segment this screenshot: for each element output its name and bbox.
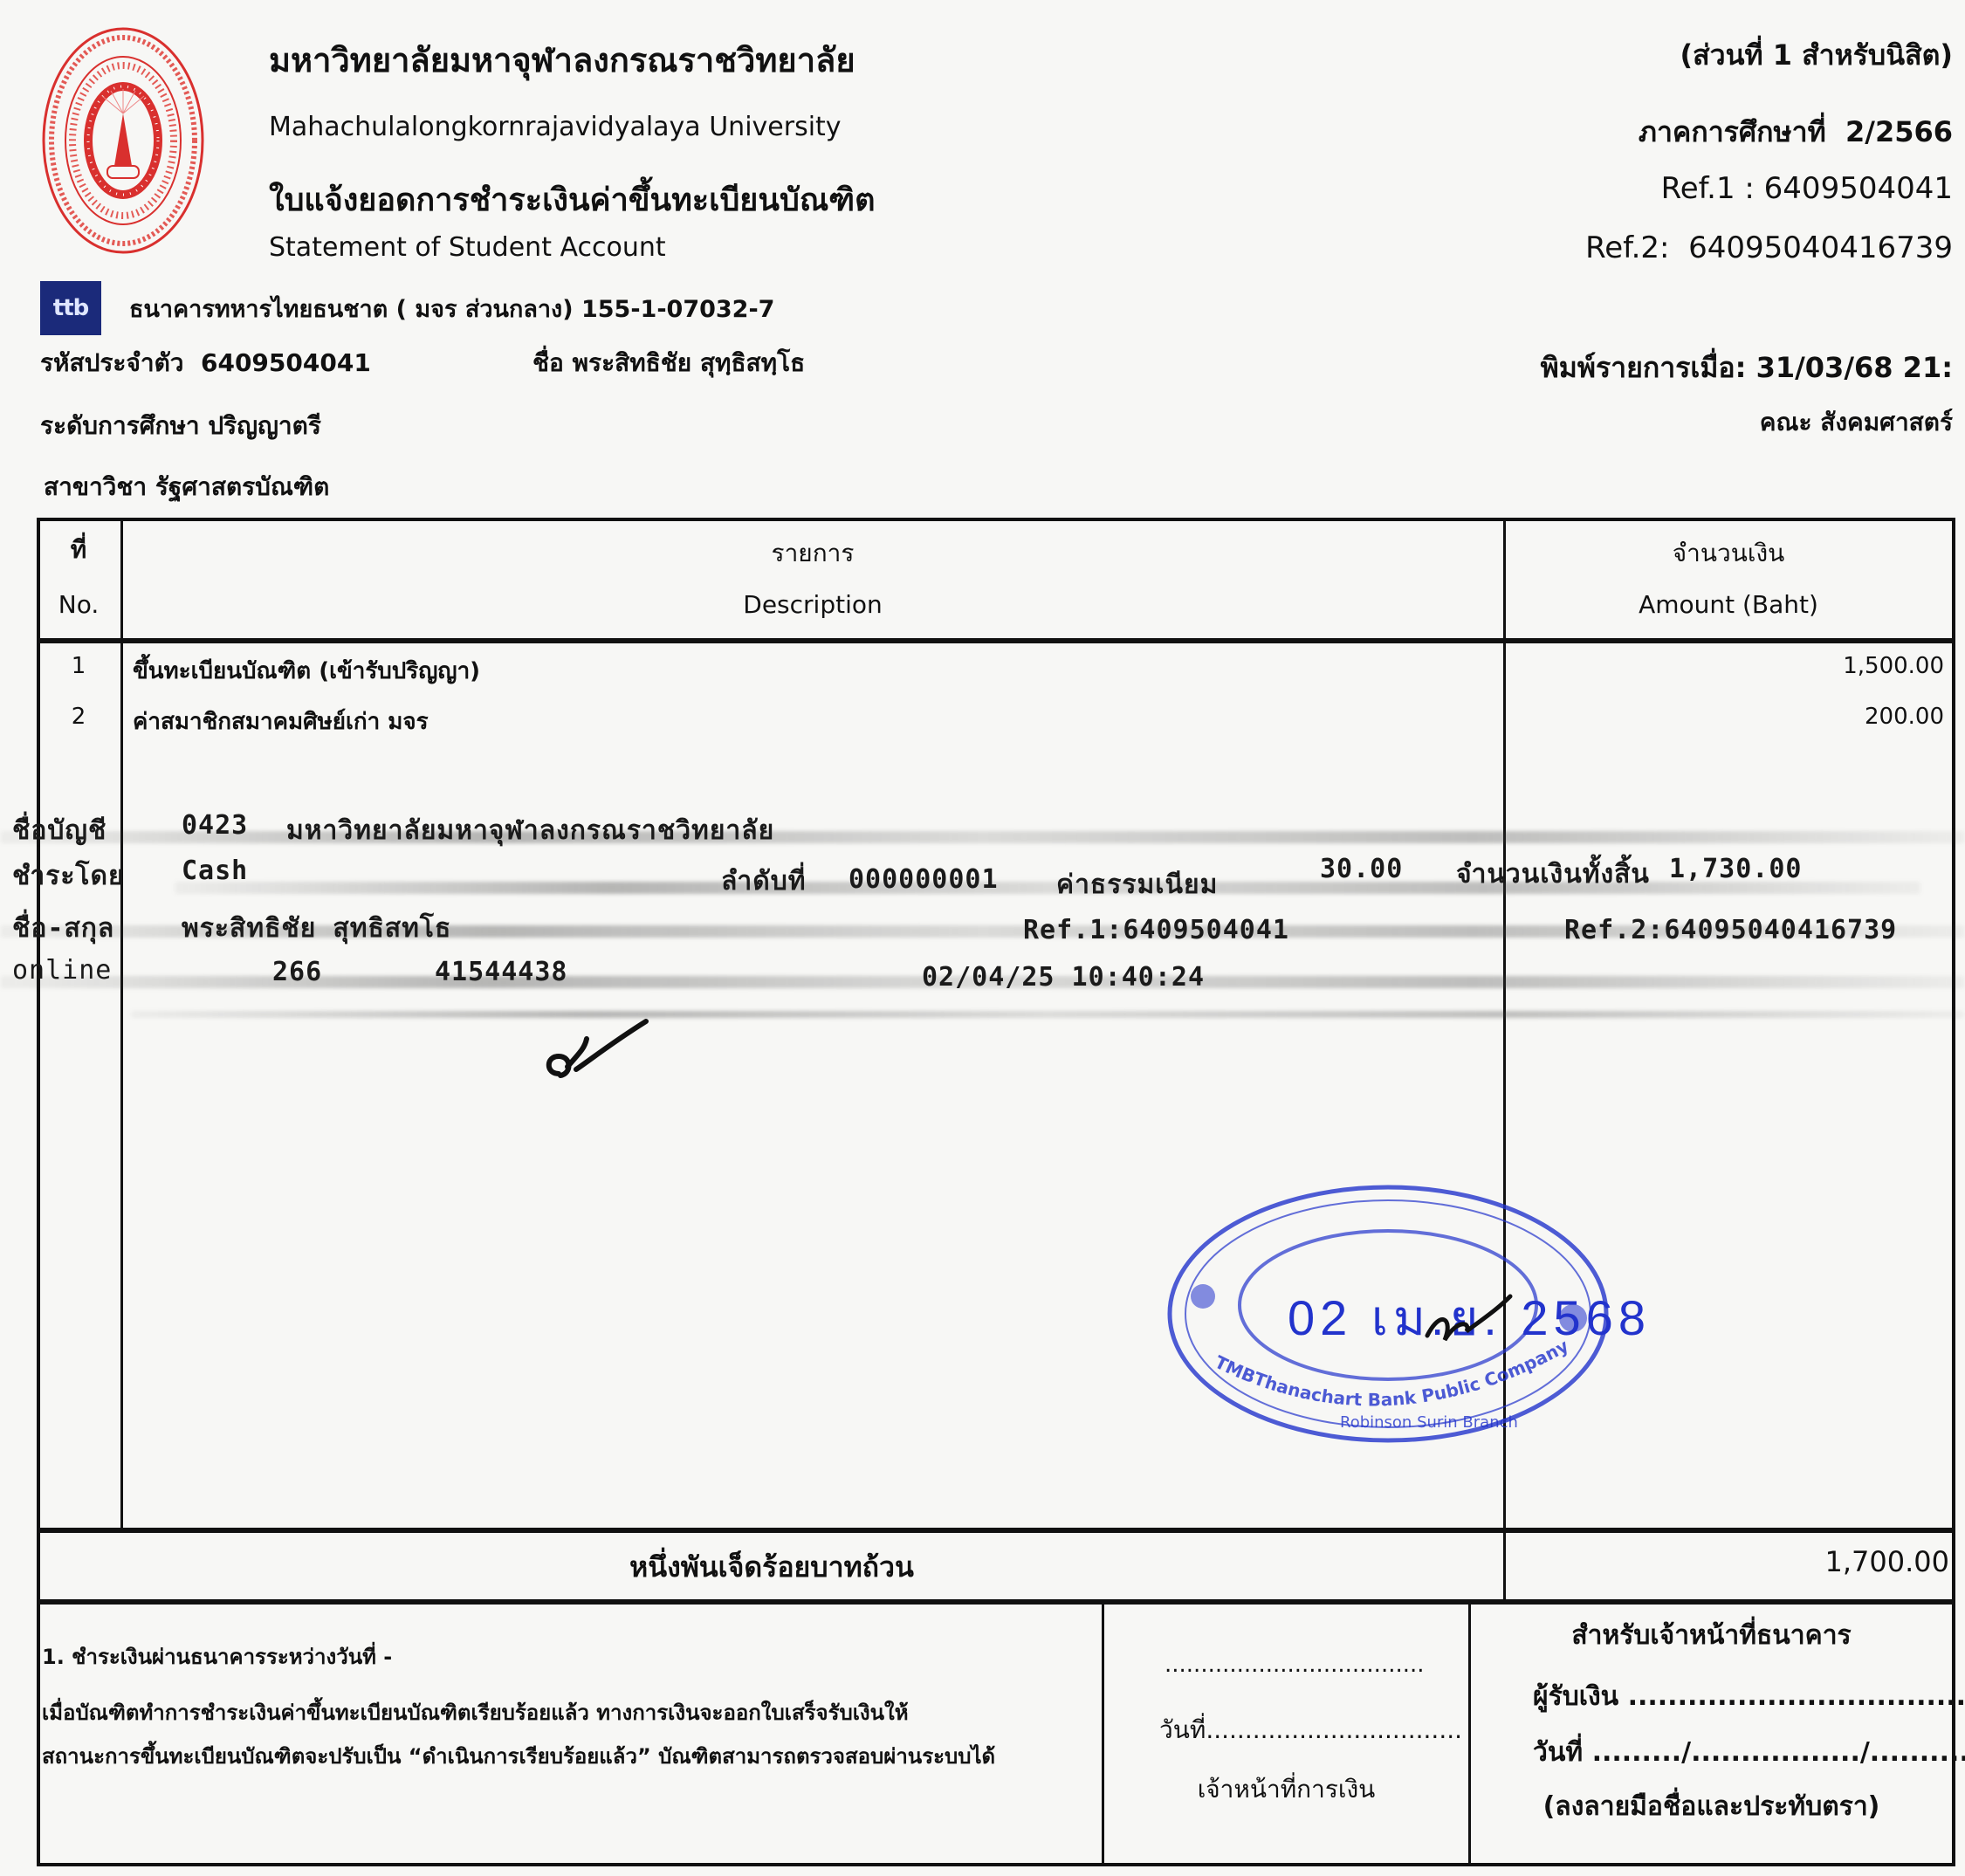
- major-value: รัฐศาสตรบัณฑิต: [155, 472, 329, 501]
- branch-code: 266: [272, 957, 322, 987]
- table-right-border: [1952, 518, 1955, 1866]
- bank-officer-title: สำหรับเจ้าหน้าที่ธนาคาร: [1471, 1615, 1952, 1656]
- major-label: สาขาวิชา: [44, 472, 147, 501]
- bank-account-code: 0423: [182, 810, 248, 841]
- university-seal-icon: [41, 26, 205, 255]
- student-id: รหัสประจำตัว 6409504041: [40, 344, 371, 382]
- total-in-words: หนึ่งพันเจ็ดร้อยบาทถ้วน: [40, 1545, 1503, 1590]
- faculty-value: สังคมศาสตร์: [1820, 408, 1953, 436]
- bank-date-field: วันที่ ........./................./.....…: [1533, 1732, 1965, 1773]
- stamp-signature-icon: [1419, 1283, 1515, 1353]
- signature-icon: [541, 1013, 655, 1082]
- ref1-value: 6409504041: [1764, 171, 1953, 206]
- finance-date-field: วันที่.................................: [1159, 1711, 1462, 1749]
- header-bottom-border: [37, 638, 1955, 643]
- total-bottom-border: [37, 1599, 1955, 1605]
- student-id-value: 6409504041: [201, 348, 371, 377]
- header-amount-en: Amount (Baht): [1505, 590, 1952, 619]
- student-id-label: รหัสประจำตัว: [40, 348, 183, 377]
- header-no-en: No.: [37, 590, 120, 619]
- faculty: คณะ สังคมศาสตร์: [1760, 403, 1953, 442]
- payment-period-note: 1. ชำระเงินผ่านธนาคารระหว่างวันที่ -: [42, 1639, 392, 1673]
- document-title-en: Statement of Student Account: [269, 232, 666, 263]
- copy-part-label: (ส่วนที่ 1 สำหรับนิสิต): [1680, 33, 1953, 78]
- validation-ref2: Ref.2:64095040416739: [1564, 915, 1897, 945]
- level-label: ระดับการศึกษา: [40, 411, 200, 440]
- row-amount: 1,500.00: [1843, 653, 1944, 679]
- grand-total: 1,730.00: [1669, 854, 1803, 884]
- university-name-en: Mahachulalongkornrajavidyalaya Universit…: [269, 112, 842, 142]
- semester-label: ภาคการศึกษาที่: [1639, 115, 1826, 148]
- total-top-border: [37, 1528, 1955, 1533]
- header-desc-th: รายการ: [122, 534, 1503, 573]
- table-top-border: [37, 518, 1955, 521]
- payer-name: พระสิทธิชัย สุทธิสทโธ: [182, 908, 451, 949]
- grand-total-label: จำนวนเงินทั้งสิ้น: [1456, 854, 1650, 895]
- fee-label: ค่าธรรมเนียม: [1056, 864, 1218, 905]
- row-no: 1: [37, 653, 120, 679]
- header-amount-th: จำนวนเงิน: [1505, 534, 1952, 573]
- transaction-number: 41544438: [435, 957, 568, 987]
- faculty-label: คณะ: [1760, 408, 1812, 436]
- receipt-note: เมื่อบัณฑิตทำการชำระเงินค่าขึ้นทะเบียนบั…: [42, 1695, 909, 1729]
- ref1-label: Ref.1 :: [1661, 171, 1755, 206]
- header-no-th: ที่: [37, 531, 120, 569]
- sequence-label: ลำดับที่: [721, 861, 807, 902]
- finance-officer-label: เจ้าหน้าที่การเงิน: [1104, 1770, 1468, 1809]
- ttb-bank-logo-icon: ttb: [40, 281, 101, 335]
- level-value: ปริญญาตรี: [208, 411, 320, 440]
- channel: online: [12, 955, 112, 986]
- printed-at: พิมพ์รายการเมื่อ: 31/03/68 21:: [1541, 346, 1953, 390]
- printed-value: 31/03/68 21:: [1756, 351, 1953, 384]
- fee-amount: 30.00: [1320, 854, 1403, 884]
- finance-signature-line: ....................................: [1165, 1652, 1425, 1678]
- row-amount: 200.00: [1865, 704, 1944, 730]
- ref2-label: Ref.2:: [1585, 230, 1669, 265]
- document-title-th: ใบแจ้งยอดการชำระเงินค่าขึ้นทะเบียนบัณฑิต: [269, 175, 876, 224]
- table-bottom-border: [37, 1863, 1955, 1866]
- university-name-th: มหาวิทยาลัยมหาจุฬาลงกรณราชวิทยาลัย: [269, 33, 855, 86]
- validation-ref1: Ref.1:6409504041: [1023, 915, 1289, 945]
- semester: ภาคการศึกษาที่ 2/2566: [1639, 110, 1953, 155]
- semester-value: 2/2566: [1845, 115, 1953, 148]
- row-description: ค่าสมาชิกสมาคมศิษย์เก่า มจร: [133, 704, 429, 739]
- ref2: Ref.2: 64095040416739: [1585, 230, 1953, 265]
- education-level: ระดับการศึกษา ปริญญาตรี: [40, 407, 321, 445]
- sign-and-stamp-label: (ลงลายมือชื่อและประทับตรา): [1471, 1786, 1952, 1827]
- sequence-number: 000000001: [849, 864, 999, 895]
- receiver-field: ผู้รับเงิน .............................…: [1533, 1676, 1965, 1717]
- ref2-value: 64095040416739: [1688, 230, 1953, 265]
- no-column-divider: [120, 518, 123, 1530]
- total-amount: 1,700.00: [1825, 1545, 1950, 1578]
- footer-divider-1: [1102, 1602, 1104, 1864]
- transaction-timestamp: 02/04/25 10:40:24: [922, 962, 1205, 993]
- payment-method: Cash: [182, 856, 248, 886]
- row-no: 2: [37, 704, 120, 730]
- stamp-branch: Robinson Surin Branch: [1340, 1413, 1518, 1432]
- row-description: ขึ้นทะเบียนบัณฑิต (เข้ารับปริญญา): [133, 653, 480, 689]
- header-desc-en: Description: [122, 590, 1503, 619]
- major: สาขาวิชา รัฐศาสตรบัณฑิต: [44, 468, 329, 506]
- bank-account-label: ชื่อบัญชี: [12, 810, 106, 851]
- student-name-label: ชื่อ: [532, 348, 564, 377]
- ref1: Ref.1 : 6409504041: [1661, 171, 1953, 206]
- student-name-value: พระสิทธิชัย สุทฺธิสทฺโธ: [573, 348, 806, 377]
- payment-method-label: ชำระโดย: [12, 856, 125, 897]
- payer-name-label: ชื่อ-สกุล: [12, 908, 114, 949]
- student-name: ชื่อ พระสิทธิชัย สุทฺธิสทฺโธ: [532, 344, 805, 382]
- printed-label: พิมพ์รายการเมื่อ:: [1541, 351, 1747, 384]
- bank-account-line: ธนาคารทหารไทยธนชาต ( มจร ส่วนกลาง) 155-1…: [129, 290, 774, 327]
- status-note: สถานะการขึ้นทะเบียนบัณฑิตจะปรับเป็น “ดำเ…: [42, 1739, 995, 1773]
- bank-account-name: มหาวิทยาลัยมหาจุฬาลงกรณราชวิทยาลัย: [286, 810, 774, 851]
